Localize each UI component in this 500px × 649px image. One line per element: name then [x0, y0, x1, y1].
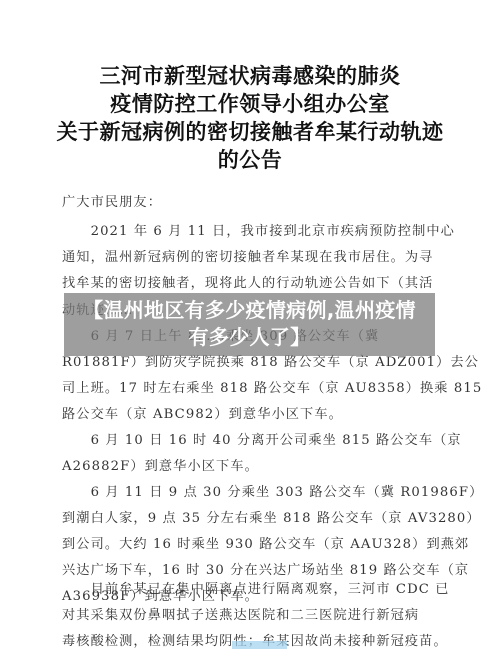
doc-title-line-4: 的公告 [0, 144, 500, 174]
body-line: 对其采集双份鼻咽拭子送燕达医院和二三医院进行新冠病 [62, 604, 442, 623]
caption-line-1: 【温州地区有多少疫情病例,温州疫情 [64, 297, 435, 324]
doc-title-line-1: 三河市新型冠状病毒感染的肺炎 [0, 60, 500, 90]
doc-title-line-3: 关于新冠病例的密切接触者牟某行动轨迹 [0, 116, 500, 146]
body-line: 目前牟某已在集中隔离点进行隔离观察，三河市 CDC 已 [62, 578, 442, 597]
doc-title-line-2: 疫情防控工作领导小组办公室 [0, 88, 500, 118]
body-line: 6 月 11 日 9 点 30 分乘坐 303 路公交车（冀 R01986F） [62, 481, 442, 500]
body-line: 2021 年 6 月 11 日，我市接到北京市疾病预防控制中心 [62, 220, 442, 239]
text-selection-highlight [232, 641, 287, 649]
body-line: 司上班。17 时左右乘坐 818 路公交车（京 AU8358）换乘 815 [62, 377, 442, 396]
body-line: 6 月 10 日 16 时 40 分离开公司乘坐 815 路公交车（京 [62, 429, 442, 448]
body-line: A26882F）到意华小区下车。 [62, 455, 442, 474]
body-line: 到公司。大约 16 时乘坐 930 路公交车（京 AAU328）到燕郊 [62, 533, 442, 552]
caption-overlay: 【温州地区有多少疫情病例,温州疫情 有多少人了】 [64, 293, 435, 351]
body-line: 兴达广场下车，16 时 30 分在兴达广场站坐 819 路公交车（京 [62, 559, 442, 578]
body-line: 路公交车（京 ABC982）到意华小区下车。 [62, 403, 442, 422]
body-line: 找牟某的密切接触者，现将此人的行动轨迹公告如下（其活 [62, 272, 442, 291]
body-line: 通知，温州新冠病例的密切接触者牟某现在我市居住。为寻 [62, 246, 442, 265]
caption-line-2: 有多少人了】 [64, 324, 435, 351]
body-line-greeting: 广大市民朋友： [62, 191, 442, 210]
body-line: 到潮白人家，9 点 35 分左右乘坐 818 路公交车（京 AV3280） [62, 507, 442, 526]
